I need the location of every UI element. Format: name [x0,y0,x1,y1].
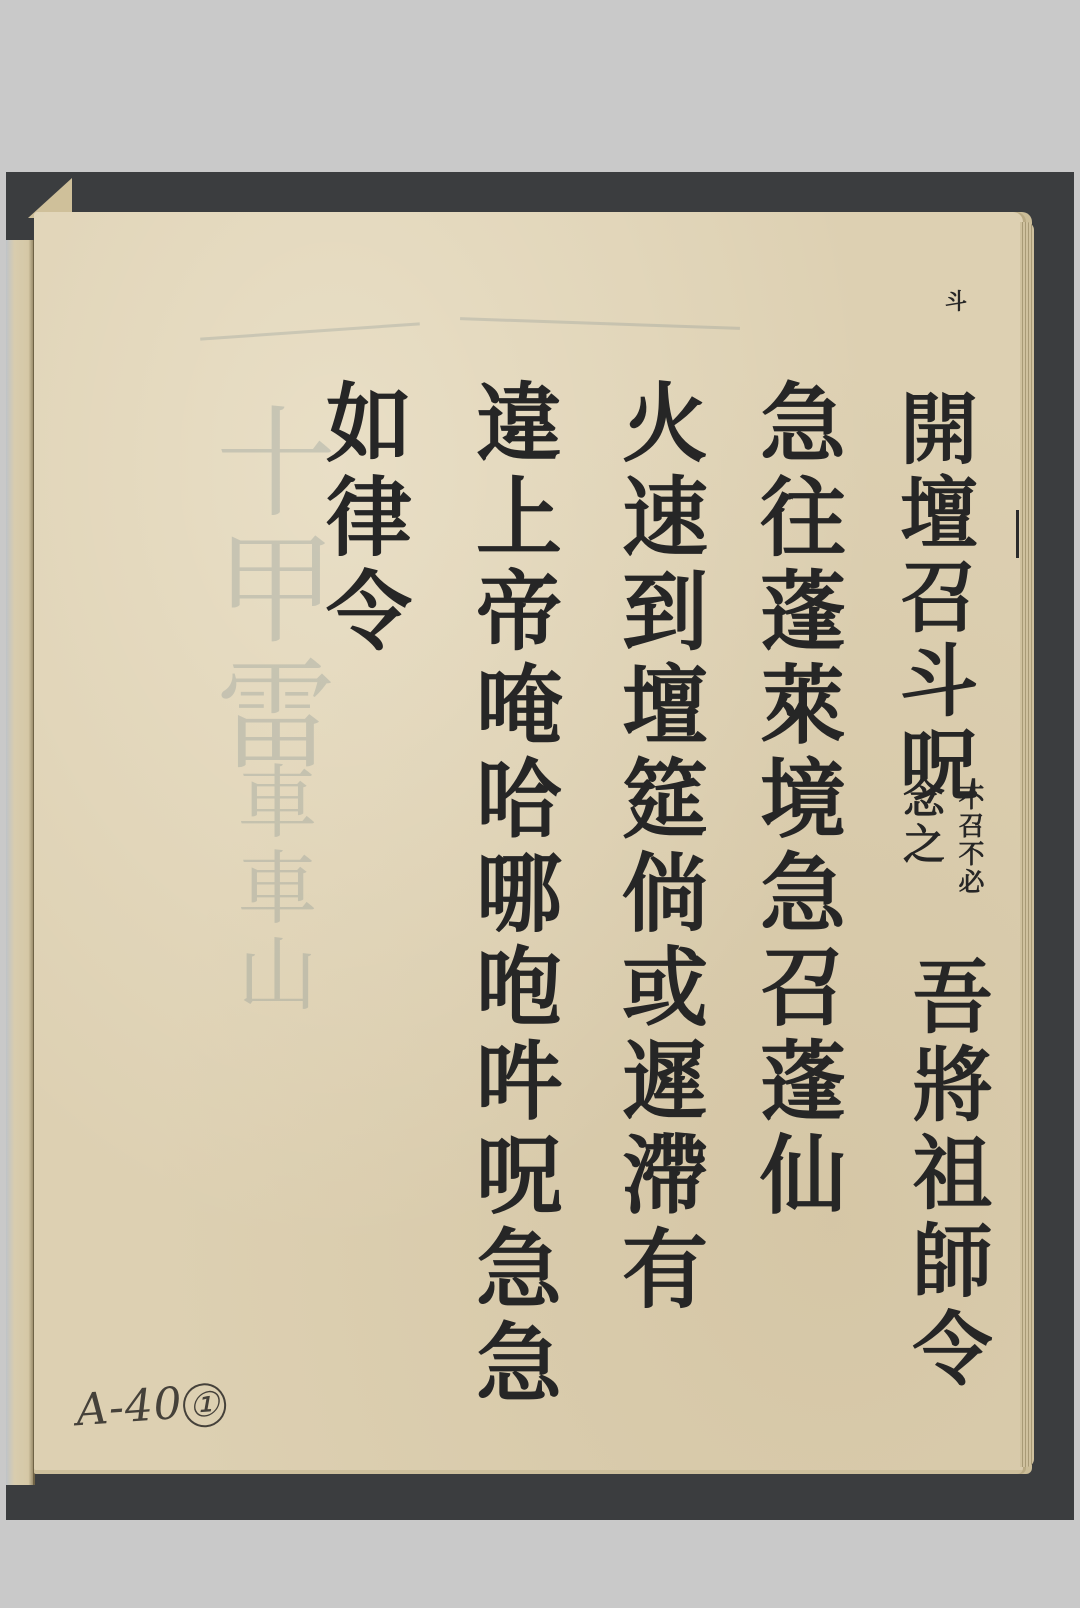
book-spine [6,240,34,1485]
catalog-number-circled: ① [181,1382,227,1429]
catalog-number-prefix: A-40 [74,1378,184,1436]
column-3: 火速到壇筵倘或遲滯有 [614,378,700,1318]
column-5: 如律令 [318,378,404,660]
page-mark: 斗 [945,285,967,316]
column-1-small-note: 不召不必 [956,784,982,896]
margin-tick [1016,510,1019,558]
scan-viewer: 十甲雷 車車山 斗 開壇召斗呪 念之 不召不必 吾將祖師令 急往蓬萊境急召蓬仙 … [0,0,1080,1608]
column-1-continuation: 吾將祖師令 [906,955,986,1395]
column-4: 違上帝唵哈哪咆吽呪急急 [468,378,554,1412]
catalog-number: A-40① [74,1375,227,1436]
column-2: 急往蓬萊境急召蓬仙 [752,378,838,1224]
column-1-note: 念之 [900,776,942,868]
column-1-title: 開壇召斗呪 [893,388,971,808]
page-edge-stack [1020,222,1034,1467]
